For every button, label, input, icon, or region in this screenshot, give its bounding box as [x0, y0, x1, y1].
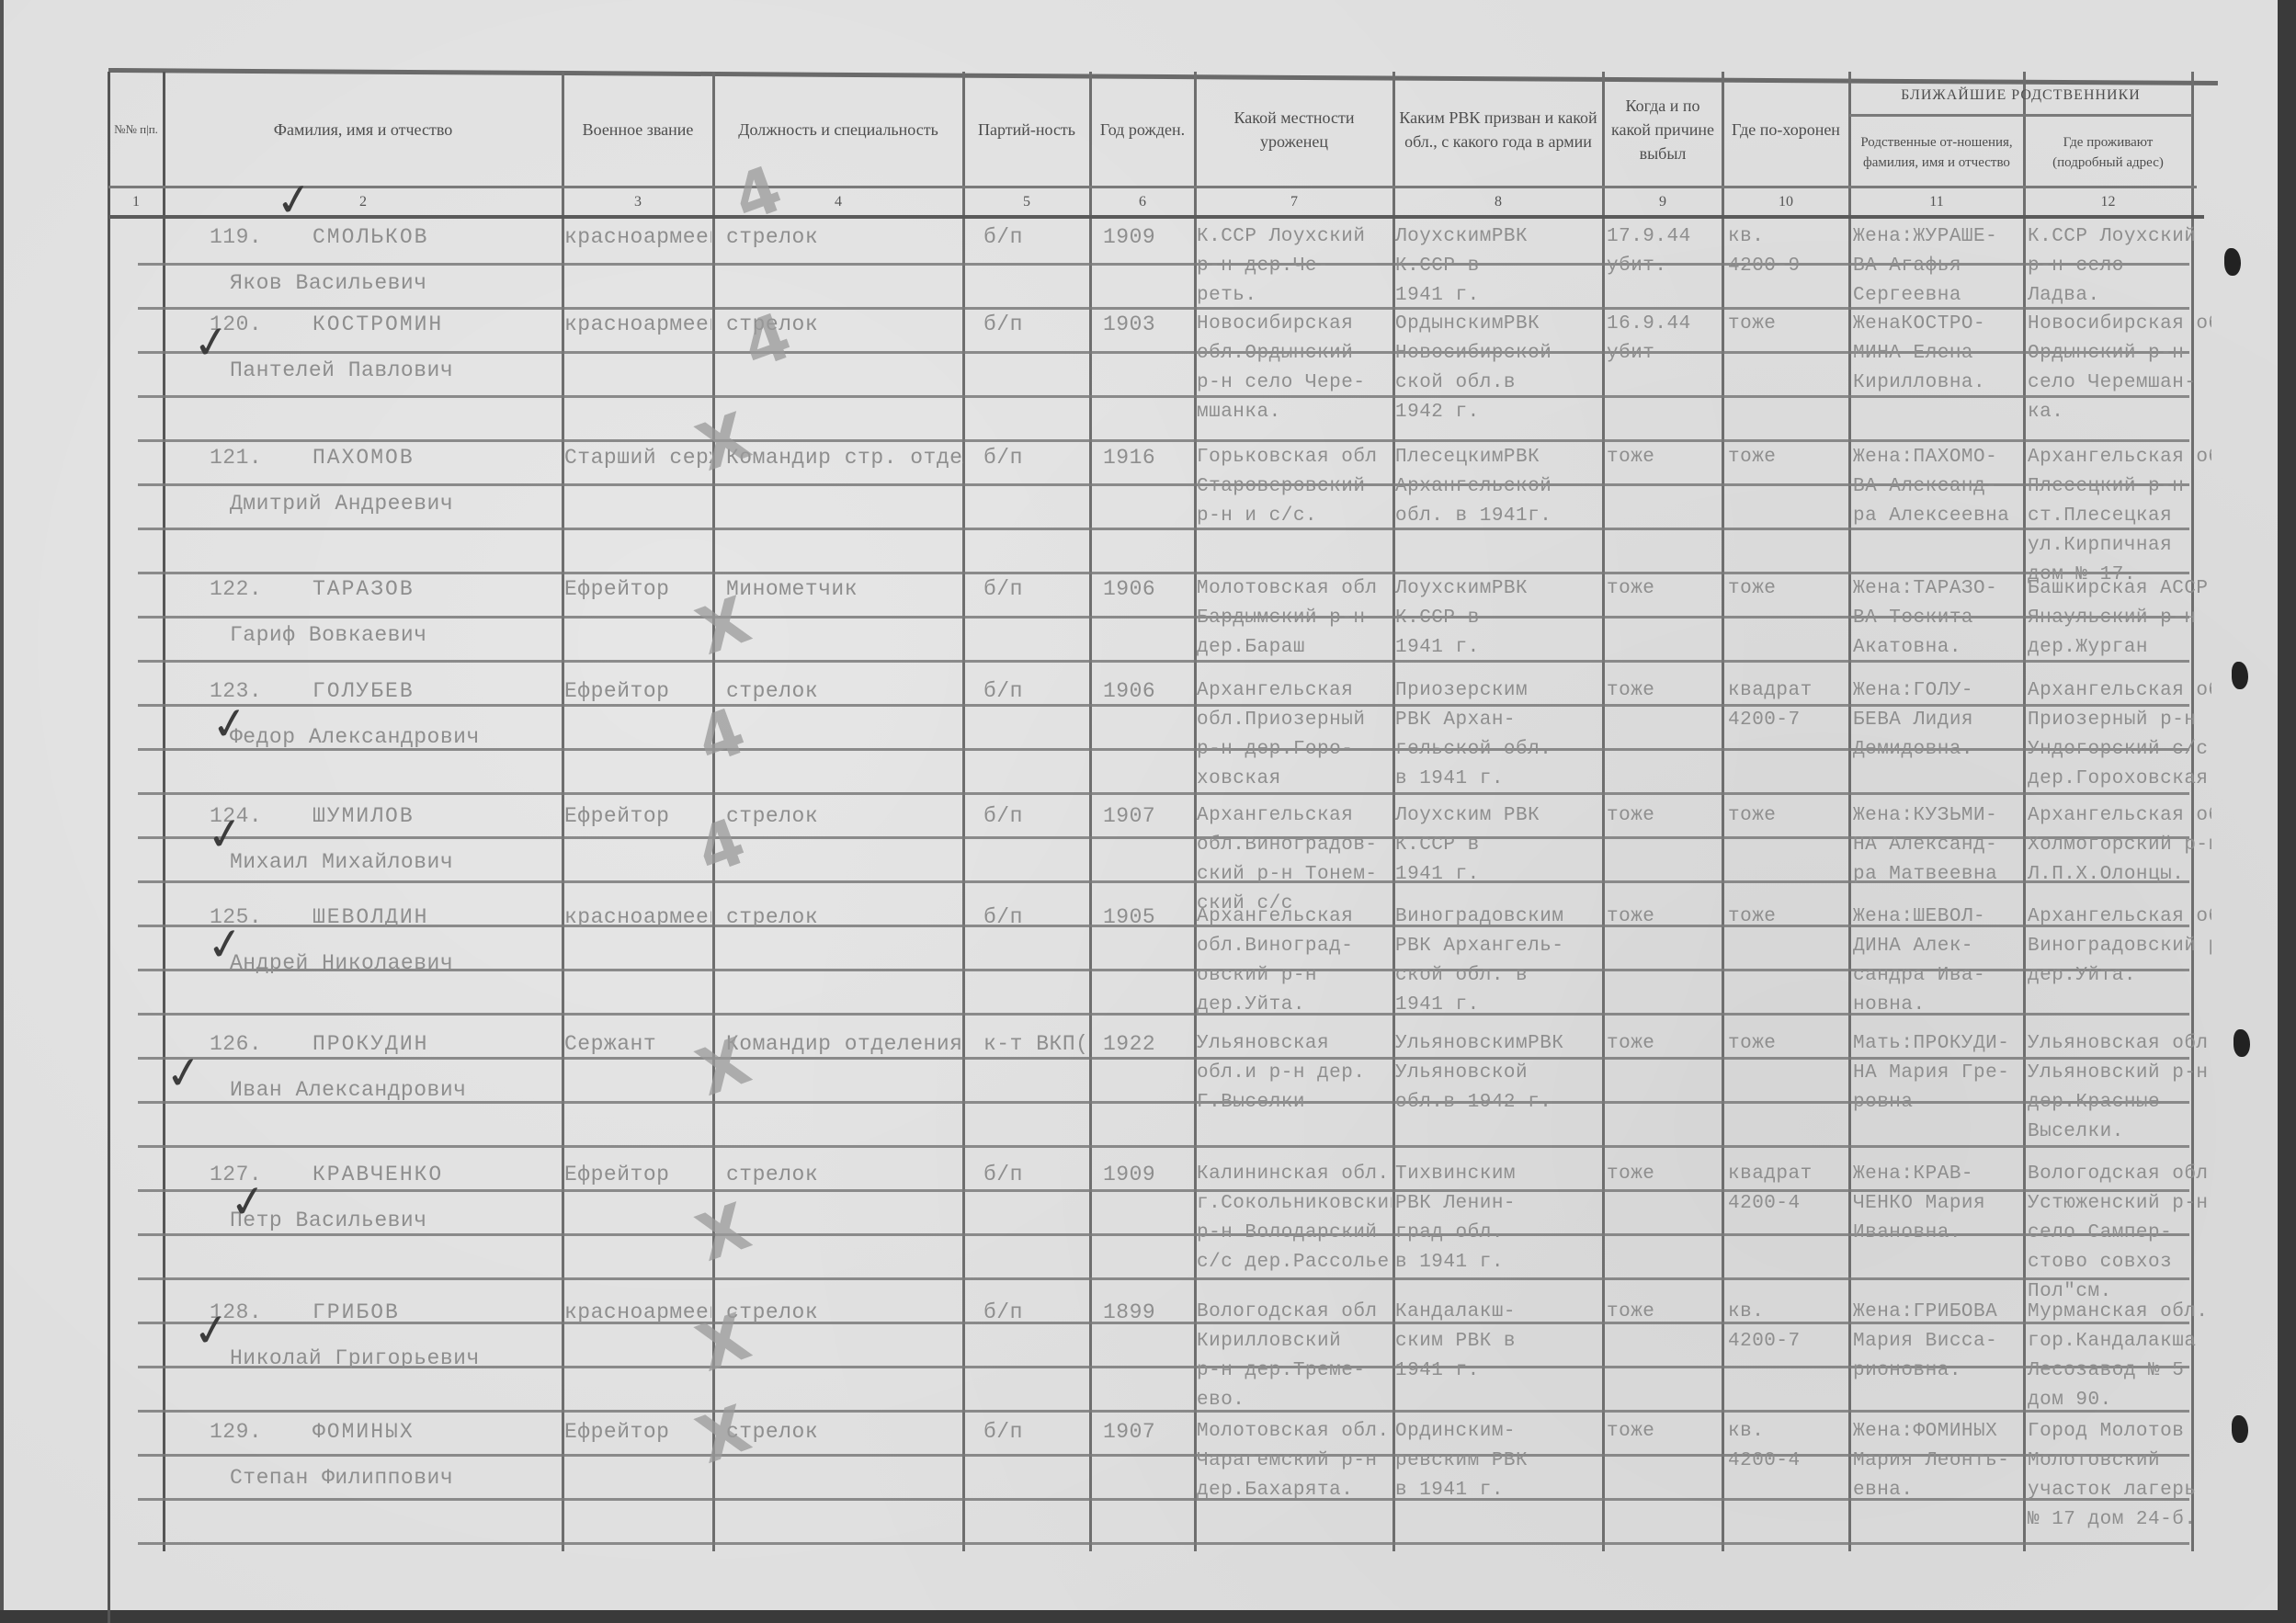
row-rank: красноармеец — [564, 902, 711, 932]
row-given-names: Петр Васильевич — [230, 1206, 561, 1235]
row-relative-line: ЖенаКОСТРО- — [1853, 310, 2024, 339]
row-rvk-line: РВК Ленин- — [1395, 1189, 1601, 1219]
row-position: Минометчик — [726, 574, 963, 604]
row-position: стрелок — [726, 902, 963, 932]
row-origin-line: дер.Бахарята. — [1197, 1476, 1392, 1505]
row-buried-line: квадрат — [1728, 1160, 1847, 1189]
row-when-line: тоже — [1607, 1417, 1721, 1447]
row-surname: ГРИБОВ — [313, 1298, 551, 1327]
row-origin-line: обл.Ордынский — [1197, 339, 1392, 369]
row-rvk-line: Архангельской — [1395, 472, 1601, 502]
header-col-10: Где по-хоронен — [1722, 74, 1849, 186]
row-rvk-line: 1941 г. — [1395, 633, 1601, 663]
row-relative-line: сандра Ива- — [1853, 961, 2024, 991]
row-origin-line: дер.Уйта. — [1197, 991, 1392, 1020]
row-address-line: ка. — [2028, 398, 2211, 427]
row-address-line: Город Молотов — [2028, 1417, 2211, 1447]
row-origin-line: р-н и с/с. — [1197, 502, 1392, 531]
row-origin-line: обл.Приозерный — [1197, 706, 1392, 735]
row-party: б/п — [983, 310, 1085, 339]
row-relative-line: Ивановна. — [1853, 1219, 2024, 1248]
row-rank: Ефрейтор — [564, 1417, 711, 1447]
row-birth-year: 1906 — [1103, 574, 1191, 604]
row-party: б/п — [983, 574, 1085, 604]
row-address-line: Архангельская обл — [2028, 902, 2211, 932]
row-number: 121. — [210, 443, 265, 472]
row-surname: КРАВЧЕНКО — [313, 1160, 551, 1189]
row-address-line: Холмогорский р-н — [2028, 831, 2211, 860]
row-origin-line: дер.Бараш — [1197, 633, 1392, 663]
row-origin-line: ховская — [1197, 765, 1392, 794]
row-address-line: Ордынский р-н — [2028, 339, 2211, 369]
row-origin-line: Архангельская — [1197, 902, 1392, 932]
row-relative-line: Мария Висса- — [1853, 1327, 2024, 1356]
header-col-1: №№ п|п. — [108, 74, 164, 186]
header-col-6: Год рожден. — [1090, 74, 1195, 186]
row-buried-line: квадрат — [1728, 676, 1847, 706]
header-bottom-rule — [108, 215, 2204, 219]
header-col-number: 5 — [963, 189, 1090, 215]
row-surname: ПАХОМОВ — [313, 443, 551, 472]
ink-blot — [2232, 662, 2248, 689]
row-position: стрелок — [726, 1160, 963, 1189]
row-when-line: тоже — [1607, 801, 1721, 831]
row-rvk-line: ской обл.в — [1395, 369, 1601, 398]
header-col-number: 2 — [164, 189, 563, 215]
row-relative-line: НА Мария Гре- — [1853, 1059, 2024, 1088]
header-col-number: 9 — [1603, 189, 1722, 215]
row-address-line: дер.Журган — [2028, 633, 2211, 663]
row-address-line: гор.Кандалакша — [2028, 1327, 2211, 1356]
row-origin-line: р-н дер.Треме- — [1197, 1356, 1392, 1386]
row-address-line: р-н село — [2028, 252, 2211, 281]
header-col-number: 3 — [563, 189, 713, 215]
row-position: стрелок — [726, 1298, 963, 1327]
row-address-line: Архангельская обл — [2028, 443, 2211, 472]
row-birth-year: 1922 — [1103, 1029, 1191, 1059]
row-buried-line: 4200-7 — [1728, 706, 1847, 735]
row-relative-line: Сергеевна — [1853, 281, 2024, 311]
row-address-line: село Черемшан- — [2028, 369, 2211, 398]
row-position: стрелок — [726, 676, 963, 706]
row-buried-line: 4200-9 — [1728, 252, 1847, 281]
row-rvk-line: ревским РВК — [1395, 1447, 1601, 1476]
row-given-names: Яков Васильевич — [230, 268, 561, 298]
row-origin-line: р-н дер.Че- — [1197, 252, 1392, 281]
row-address-line: дер.Красные — [2028, 1088, 2211, 1118]
ink-blot — [2232, 1415, 2248, 1443]
row-relative-line: Мать:ПРОКУДИ- — [1853, 1029, 2024, 1059]
row-position: Командир отделения — [726, 1029, 963, 1059]
row-buried-line: кв. — [1728, 1298, 1847, 1327]
row-buried-line: тоже — [1728, 902, 1847, 932]
row-rvk-line: гельской обл. — [1395, 735, 1601, 765]
row-birth-year: 1905 — [1103, 902, 1191, 932]
row-origin-line: ский р-н Тонем- — [1197, 860, 1392, 890]
row-party: б/п — [983, 676, 1085, 706]
row-rank: красноармеец — [564, 222, 711, 252]
row-buried-line: 4200-4 — [1728, 1189, 1847, 1219]
row-origin-line: овский р-н — [1197, 961, 1392, 991]
row-given-names: Гариф Вовкаевич — [230, 620, 561, 650]
row-relative-line: Жена:ЖУРАШЕ- — [1853, 222, 2024, 252]
row-birth-year: 1903 — [1103, 310, 1191, 339]
row-rvk-line: обл. в 1941г. — [1395, 502, 1601, 531]
row-address-line: дер.Гороховская — [2028, 765, 2211, 794]
checkmark-icon: ✓ — [272, 172, 316, 228]
row-surname: ШЕВОЛДИН — [313, 902, 551, 932]
row-rank: красноармеец — [564, 310, 711, 339]
row-rvk-line: К.ССР в — [1395, 252, 1601, 281]
row-relative-line: Жена:ТАРАЗО- — [1853, 574, 2024, 604]
row-relative-line: ровна — [1853, 1088, 2024, 1118]
row-relative-line: Демидовна. — [1853, 735, 2024, 765]
header-col-number: 1 — [108, 189, 164, 215]
row-rvk-line: ПлесецкимРВК — [1395, 443, 1601, 472]
row-relative-line: Кирилловна. — [1853, 369, 2024, 398]
row-address-line: Архангельская обл — [2028, 676, 2211, 706]
row-origin-line: Архангельская — [1197, 801, 1392, 831]
row-surname: ФОМИНЫХ — [313, 1417, 551, 1447]
row-when-line: тоже — [1607, 1029, 1721, 1059]
row-party: б/п — [983, 222, 1085, 252]
row-relative-line: ВА Александ- — [1853, 472, 2024, 502]
relatives-group-label: БЛИЖАЙШИЕ РОДСТВЕННИКИ — [1849, 77, 2192, 114]
column-rule — [108, 72, 110, 1623]
row-rule — [138, 439, 2189, 442]
row-rule — [138, 792, 2189, 795]
checkmark-icon: ✓ — [203, 916, 247, 972]
header-col-9: Когда и по какой причине выбыл — [1603, 74, 1722, 186]
row-relative-line: ра Алексеевна — [1853, 502, 2024, 531]
row-position: Командир стр. отделения — [726, 443, 963, 472]
row-rule — [138, 1542, 2189, 1545]
checkmark-icon: ✓ — [189, 314, 233, 370]
row-rvk-line: УльяновскимРВК — [1395, 1029, 1601, 1059]
row-address-line: дом 90. — [2028, 1386, 2211, 1415]
row-buried-line: 4200-4 — [1728, 1447, 1847, 1476]
row-rvk-line: К.ССР в — [1395, 604, 1601, 633]
row-rule — [138, 1410, 2189, 1413]
row-origin-line: р-н дер.Горо- — [1197, 735, 1392, 765]
row-origin-line: Новосибирская — [1197, 310, 1392, 339]
row-relative-line: новна. — [1853, 991, 2024, 1020]
row-address-line: Архангельская обл — [2028, 801, 2211, 831]
row-rvk-line: Приозерским — [1395, 676, 1601, 706]
ink-blot — [2233, 1029, 2250, 1057]
row-origin-line: Чарагемский р-н — [1197, 1447, 1392, 1476]
row-given-names: Пантелей Павлович — [230, 356, 561, 385]
row-address-line: Башкирская АССР — [2028, 574, 2211, 604]
row-party: б/п — [983, 443, 1085, 472]
row-rvk-line: Кандалакш- — [1395, 1298, 1601, 1327]
row-rank: Старший сержант — [564, 443, 711, 472]
row-surname: СМОЛЬКОВ — [313, 222, 551, 252]
row-relative-line: Жена:ФОМИНЫХ — [1853, 1417, 2024, 1447]
row-buried-line: тоже — [1728, 443, 1847, 472]
row-origin-line: Бардымский р-н — [1197, 604, 1392, 633]
checkmark-icon: ✓ — [189, 1302, 233, 1358]
header-col-7: Какой местности уроженец — [1195, 74, 1393, 186]
row-relative-line: ДИНА Алек- — [1853, 932, 2024, 961]
row-address-line: Мурманская обл. — [2028, 1298, 2211, 1327]
row-address-line: Янаульский р-н — [2028, 604, 2211, 633]
header-col-number: 8 — [1393, 189, 1603, 215]
column-rule — [163, 72, 165, 1551]
row-relative-line: рионовна. — [1853, 1356, 2024, 1386]
row-when-line: тоже — [1607, 443, 1721, 472]
row-rule — [138, 1145, 2189, 1148]
row-buried-line: тоже — [1728, 1029, 1847, 1059]
row-origin-line: р-н Володарский — [1197, 1219, 1392, 1248]
checkmark-icon: ✓ — [226, 1174, 270, 1230]
row-relative-line: Мария Леонть- — [1853, 1447, 2024, 1476]
row-number: 126. — [210, 1029, 265, 1059]
row-relative-line: Жена:КУЗЬМИ- — [1853, 801, 2024, 831]
row-address-line: Устюженский р-н — [2028, 1189, 2211, 1219]
row-origin-line: обл.Виноградов- — [1197, 831, 1392, 860]
row-address-line: ст.Плесецкая — [2028, 502, 2211, 531]
row-party: б/п — [983, 1298, 1085, 1327]
row-when-line: тоже — [1607, 1298, 1721, 1327]
row-rvk-line: обл.в 1942 г. — [1395, 1088, 1601, 1118]
row-birth-year: 1916 — [1103, 443, 1191, 472]
row-address-line: Новосибирская обл — [2028, 310, 2211, 339]
row-address-line: Ульяновский р-н — [2028, 1059, 2211, 1088]
checkmark-icon: ✓ — [203, 806, 247, 862]
column-rule — [1602, 72, 1605, 1551]
row-position: стрелок — [726, 1417, 963, 1447]
row-birth-year: 1907 — [1103, 1417, 1191, 1447]
row-buried-line: тоже — [1728, 574, 1847, 604]
row-birth-year: 1909 — [1103, 222, 1191, 252]
row-relative-line: Акатовна. — [1853, 633, 2024, 663]
row-origin-line: Ульяновская — [1197, 1029, 1392, 1059]
header-col-3: Военное звание — [563, 74, 713, 186]
column-rule — [1089, 72, 1092, 1551]
row-address-line: Лесозавод № 5 — [2028, 1356, 2211, 1386]
row-given-names: Дмитрий Андреевич — [230, 489, 561, 518]
row-origin-line: Вологодская обл — [1197, 1298, 1392, 1327]
row-relative-line: Жена:КРАВ- — [1853, 1160, 2024, 1189]
row-when-line: 17.9.44 — [1607, 222, 1721, 252]
row-number: 129. — [210, 1417, 265, 1447]
row-given-names: Степан Филиппович — [230, 1463, 561, 1492]
row-origin-line: Г.Выселки — [1197, 1088, 1392, 1118]
header-col-number: 10 — [1722, 189, 1849, 215]
row-origin-line: обл.Виноград- — [1197, 932, 1392, 961]
row-buried-line: 4200-7 — [1728, 1327, 1847, 1356]
row-origin-line: Горьковская обл — [1197, 443, 1392, 472]
scan-edge-left — [0, 0, 4, 1623]
row-rvk-line: в 1941 г. — [1395, 1248, 1601, 1277]
row-rvk-line: град обл. — [1395, 1219, 1601, 1248]
row-relative-line: ра Матвеевна — [1853, 860, 2024, 890]
row-origin-line: мшанка. — [1197, 398, 1392, 427]
row-address-line: Виноградовский р-н — [2028, 932, 2211, 961]
row-address-line: дер.Уйта. — [2028, 961, 2211, 991]
header-col-12: Где проживают (подробный адрес) — [2024, 118, 2192, 187]
row-origin-line: р-н село Чере- — [1197, 369, 1392, 398]
scan-edge-bottom — [0, 1610, 2296, 1623]
row-when-line: тоже — [1607, 1160, 1721, 1189]
row-address-line: ул.Кирпичная — [2028, 531, 2211, 561]
row-rvk-line: РВК Архан- — [1395, 706, 1601, 735]
relatives-group-rule — [1849, 114, 2192, 117]
row-origin-line: Молотовская обл. — [1197, 1417, 1392, 1447]
row-address-line: № 17 дом 24-б. — [2028, 1505, 2211, 1535]
row-address-line: стово совхоз — [2028, 1248, 2211, 1277]
header-col-number: 6 — [1090, 189, 1195, 215]
row-rvk-line: 1941 г. — [1395, 860, 1601, 890]
row-rvk-line: Новосибирской — [1395, 339, 1601, 369]
row-relative-line: ЧЕНКО Мария — [1853, 1189, 2024, 1219]
checkmark-icon: ✓ — [162, 1045, 206, 1101]
row-birth-year: 1909 — [1103, 1160, 1191, 1189]
row-rvk-line: 1941 г. — [1395, 281, 1601, 311]
row-origin-line: с/с дер.Рассолье — [1197, 1248, 1392, 1277]
row-address-line: Л.П.Х.Олонцы. — [2028, 860, 2211, 890]
row-party: б/п — [983, 1160, 1085, 1189]
column-rule — [1722, 72, 1724, 1551]
row-rvk-line: в 1941 г. — [1395, 1476, 1601, 1505]
row-rvk-line: РВК Архангель- — [1395, 932, 1601, 961]
header-col-11: Родственные от-ношения, фамилия, имя и о… — [1849, 118, 2024, 187]
row-relative-line: НА Александ- — [1853, 831, 2024, 860]
row-surname: ШУМИЛОВ — [313, 801, 551, 831]
row-given-names: Андрей Николаевич — [230, 948, 561, 978]
row-origin-line: Староверовский — [1197, 472, 1392, 502]
row-birth-year: 1907 — [1103, 801, 1191, 831]
row-surname: ПРОКУДИН — [313, 1029, 551, 1059]
row-given-names: Федор Александрович — [230, 722, 561, 752]
row-address-line: Ладва. — [2028, 281, 2211, 311]
row-origin-line: обл.и р-н дер. — [1197, 1059, 1392, 1088]
header-col-number: 11 — [1849, 189, 2024, 215]
row-address-line: Вологодская обл — [2028, 1160, 2211, 1189]
row-relative-line: Жена:ГОЛУ- — [1853, 676, 2024, 706]
row-when-line: тоже — [1607, 574, 1721, 604]
row-address-line: участок лагерь — [2028, 1476, 2211, 1505]
row-when-line: тоже — [1607, 676, 1721, 706]
row-buried-line: кв. — [1728, 222, 1847, 252]
row-surname: КОСТРОМИН — [313, 310, 551, 339]
row-relative-line: ВА Агафья — [1853, 252, 2024, 281]
row-when-line: убит — [1607, 339, 1721, 369]
row-number: 122. — [210, 574, 265, 604]
row-buried-line: тоже — [1728, 801, 1847, 831]
row-origin-line: Архангельская — [1197, 676, 1392, 706]
header-col-number: 7 — [1195, 189, 1393, 215]
row-origin-line: реть. — [1197, 281, 1392, 311]
row-birth-year: 1899 — [1103, 1298, 1191, 1327]
row-rvk-line: в 1941 г. — [1395, 765, 1601, 794]
row-rule — [138, 1277, 2189, 1280]
row-party: к-т ВКП(б) — [983, 1029, 1085, 1059]
row-relative-line: БЕВА Лидия — [1853, 706, 2024, 735]
row-origin-line: Калининская обл. — [1197, 1160, 1392, 1189]
row-relative-line: Жена:ПАХОМО- — [1853, 443, 2024, 472]
row-address-line: Молотовский — [2028, 1447, 2211, 1476]
row-when-line: 16.9.44 — [1607, 310, 1721, 339]
row-rvk-line: ской обл. в — [1395, 961, 1601, 991]
row-buried-line: тоже — [1728, 310, 1847, 339]
row-surname: ГОЛУБЕВ — [313, 676, 551, 706]
row-relative-line: ВА Тоскита — [1853, 604, 2024, 633]
row-given-names: Иван Александрович — [230, 1075, 561, 1105]
row-address-line: Плесецкий р-н — [2028, 472, 2211, 502]
row-address-line: Выселки. — [2028, 1118, 2211, 1147]
row-when-line: убит. — [1607, 252, 1721, 281]
row-origin-line: г.Сокольниковский — [1197, 1189, 1392, 1219]
row-rvk-line: ским РВК в — [1395, 1327, 1601, 1356]
row-rank: Ефрейтор — [564, 1160, 711, 1189]
header-col-number: 12 — [2024, 189, 2192, 215]
row-given-names: Михаил Михайлович — [230, 847, 561, 877]
header-number-rule — [108, 186, 2197, 188]
column-rule — [1848, 72, 1851, 1551]
row-rvk-line: Виноградовским — [1395, 902, 1601, 932]
row-address-line: К.ССР Лоухский — [2028, 222, 2211, 252]
row-party: б/п — [983, 1417, 1085, 1447]
row-rank: Ефрейтор — [564, 676, 711, 706]
row-rvk-line: К.ССР в — [1395, 831, 1601, 860]
row-when-line: тоже — [1607, 902, 1721, 932]
row-relative-line: Жена:ШЕВОЛ- — [1853, 902, 2024, 932]
row-party: б/п — [983, 801, 1085, 831]
header-col-5: Партий-ность — [963, 74, 1090, 186]
row-origin-line: Кирилловский — [1197, 1327, 1392, 1356]
header-col-2: Фамилия, имя и отчество — [164, 74, 563, 186]
row-party: б/п — [983, 902, 1085, 932]
row-rvk-line: Лоухским РВК — [1395, 801, 1601, 831]
row-rvk-line: Ординским- — [1395, 1417, 1601, 1447]
row-rvk-line: ЛоухскимРВК — [1395, 574, 1601, 604]
row-relative-line: Жена:ГРИБОВА — [1853, 1298, 2024, 1327]
checkmark-icon: ✓ — [208, 696, 252, 752]
row-rvk-line: 1941 г. — [1395, 1356, 1601, 1386]
header-col-8: Каким РВК призван и какой обл., с какого… — [1393, 74, 1603, 186]
row-buried-line: кв. — [1728, 1417, 1847, 1447]
row-number: 119. — [210, 222, 265, 252]
row-rvk-line: Тихвинским — [1395, 1160, 1601, 1189]
row-rvk-line: 1942 г. — [1395, 398, 1601, 427]
row-address-line: Ульяновская обл — [2028, 1029, 2211, 1059]
row-origin-line: Молотовская обл — [1197, 574, 1392, 604]
row-birth-year: 1906 — [1103, 676, 1191, 706]
row-rvk-line: ЛоухскимРВК — [1395, 222, 1601, 252]
row-relative-line: МИНА Елена — [1853, 339, 2024, 369]
row-origin-line: К.ССР Лоухский — [1197, 222, 1392, 252]
row-origin-line: ево. — [1197, 1386, 1392, 1415]
row-surname: ТАРАЗОВ — [313, 574, 551, 604]
row-address-line: село Сампер- — [2028, 1219, 2211, 1248]
row-position: стрелок — [726, 801, 963, 831]
row-rvk-line: ОрдынскимРВК — [1395, 310, 1601, 339]
row-rvk-line: 1941 г. — [1395, 991, 1601, 1020]
row-rvk-line: Ульяновской — [1395, 1059, 1601, 1088]
row-address-line: Ундогорский с/с — [2028, 735, 2211, 765]
row-address-line: Приозерный р-н — [2028, 706, 2211, 735]
row-relative-line: евна. — [1853, 1476, 2024, 1505]
ink-blot — [2224, 248, 2241, 276]
row-given-names: Николай Григорьевич — [230, 1344, 561, 1373]
scan-edge-right — [2278, 0, 2296, 1623]
